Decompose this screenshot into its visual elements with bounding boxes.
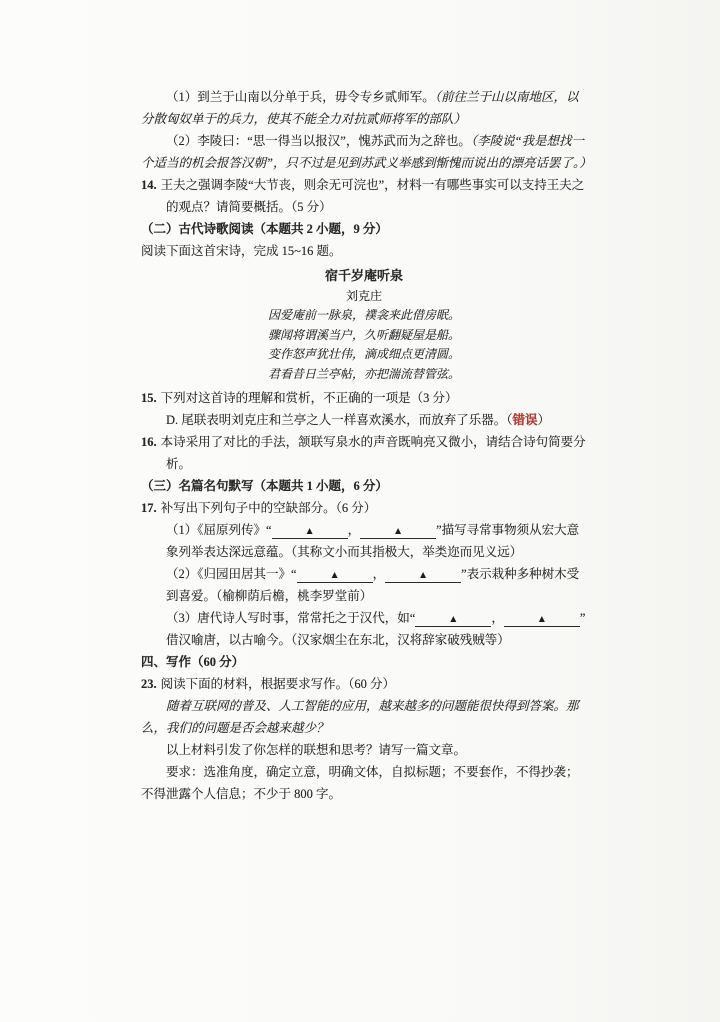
item-1-pre: （1）《屈原列传》“ — [166, 523, 272, 537]
blank-triangle-icon: ▲ — [448, 614, 458, 625]
item-3-note: （汉家烟尘在东北，汉将辞家破残贼等） — [291, 633, 510, 647]
answer-blank: ▲ — [504, 611, 580, 627]
question-17-number: 17. — [141, 501, 157, 515]
question-15-text: 下列对这首诗的理解和赏析，不正确的一项是（3 分） — [161, 391, 458, 405]
option-d-text: D. 尾联表明刘克庄和兰亭之人一样喜欢溪水，而放弃了乐器。（ — [166, 413, 513, 427]
answer-blank: ▲ — [297, 567, 373, 583]
question-23-number: 23. — [141, 677, 157, 691]
essay-material: 随着互联网的普及、人工智能的应用，越来越多的问题能很快得到答案。那么，我们的问题… — [141, 695, 587, 739]
poem-line: 君看昔日兰亭帖，亦把湍流替管弦。 — [141, 365, 587, 385]
poem-line: 骤闻将谓溪当户，久听翻疑屋是船。 — [141, 326, 587, 346]
item-3-sep: ， — [491, 611, 504, 625]
essay-prompt: 以上材料引发了你怎样的联想和思考？请写一篇文章。 — [141, 739, 587, 761]
question-16: 16.本诗采用了对比的手法，颔联写泉水的声音既响亮又微小，请结合诗句简要分析。 — [141, 431, 587, 475]
section-4-heading: 四、写作（60 分） — [141, 651, 587, 673]
item-2-note: （榆柳荫后檐，桃李罗堂前） — [216, 589, 372, 603]
answer-blank: ▲ — [415, 611, 491, 627]
question-17-item-1: （1）《屈原列传》“▲，▲”描写寻常事物须从宏大意象列举表达深远意蕴。（其称文小… — [166, 519, 587, 563]
question-17: 17.补写出下列句子中的空缺部分。（6 分） — [141, 497, 587, 519]
poem-intro: 阅读下面这首宋诗，完成 15~16 题。 — [141, 240, 587, 262]
section-2-heading: （二）古代诗歌阅读（本题共 2 小题，9 分） — [141, 218, 587, 240]
answer-blank: ▲ — [272, 523, 348, 539]
question-16-text: 本诗采用了对比的手法，颔联写泉水的声音既响亮又微小，请结合诗句简要分析。 — [161, 435, 586, 471]
essay-requirements: 要求：选准角度，确定立意，明确文体，自拟标题；不要套作，不得抄袭；不得泄露个人信… — [141, 761, 587, 805]
poem-block: 宿千岁庵听泉 刘克庄 因爱庵前一脉泉，襆衾来此借房眠。 骤闻将谓溪当户，久听翻疑… — [141, 266, 587, 384]
item-1-sep: ， — [348, 523, 361, 537]
question-15: 15.下列对这首诗的理解和赏析，不正确的一项是（3 分） — [141, 387, 587, 409]
blank-triangle-icon: ▲ — [330, 570, 340, 581]
blank-triangle-icon: ▲ — [393, 526, 403, 537]
question-23: 23.阅读下面的材料，根据要求写作。（60 分） — [141, 673, 587, 695]
blank-triangle-icon: ▲ — [537, 614, 547, 625]
poem-line: 因爱庵前一脉泉，襆衾来此借房眠。 — [141, 306, 587, 326]
question-17-item-2: （2）《归园田居其一》“▲，▲”表示栽种多种树木受到喜爱。（榆柳荫后檐，桃李罗堂… — [166, 563, 587, 607]
section-3-heading: （三）名篇名句默写（本题共 1 小题，6 分） — [141, 475, 587, 497]
question-16-number: 16. — [141, 435, 157, 449]
item-2-sep: ， — [373, 567, 386, 581]
question-15-option-d: D. 尾联表明刘克庄和兰亭之人一样喜欢溪水，而放弃了乐器。（错误） — [166, 409, 587, 431]
question-14: 14.王夫之强调李陵“大节丧，则余无可浣也”，材料一有哪些事实可以支持王夫之的观… — [141, 174, 587, 218]
blank-triangle-icon: ▲ — [305, 526, 315, 537]
question-17-text: 补写出下列句子中的空缺部分。（6 分） — [161, 501, 377, 515]
item-1-note: （其称文小而其指极大，举类迩而见义远） — [291, 545, 522, 559]
item-2-pre: （2）《归园田居其一》“ — [166, 567, 297, 581]
answer-blank: ▲ — [385, 567, 461, 583]
question-17-item-3: （3）唐代诗人写时事，常常托之于汉代，如“▲，▲”借汉喻唐，以古喻今。（汉家烟尘… — [166, 607, 587, 651]
translation-item-1-source: （1）到兰于山南以分单于兵，毋令专乡贰师军。 — [166, 90, 435, 104]
question-15-number: 15. — [141, 391, 157, 405]
question-23-text: 阅读下面的材料，根据要求写作。（60 分） — [161, 677, 395, 691]
exam-content-column: （1）到兰于山南以分单于兵，毋令专乡贰师军。（前往兰于山以南地区，以分散匈奴单于… — [141, 86, 587, 805]
option-d-close: ） — [538, 413, 551, 427]
poem-line: 变作怒声犹壮伟，滴成细点更清圆。 — [141, 345, 587, 365]
translation-item-2-source: （2）李陵曰：“思一得当以报汉”，愧苏武而为之辞也。 — [166, 134, 471, 148]
item-3-pre: （3）唐代诗人写时事，常常托之于汉代，如“ — [166, 611, 415, 625]
translation-item-1: （1）到兰于山南以分单于兵，毋令专乡贰师军。（前往兰于山以南地区，以分散匈奴单于… — [141, 86, 587, 130]
blank-triangle-icon: ▲ — [418, 570, 428, 581]
error-mark: 错误 — [513, 413, 538, 427]
exam-scanned-page: （1）到兰于山南以分单于兵，毋令专乡贰师军。（前往兰于山以南地区，以分散匈奴单于… — [0, 0, 720, 1022]
question-14-number: 14. — [141, 178, 157, 192]
poem-author: 刘克庄 — [141, 286, 587, 306]
poem-title: 宿千岁庵听泉 — [141, 266, 587, 286]
question-14-text: 王夫之强调李陵“大节丧，则余无可浣也”，材料一有哪些事实可以支持王夫之的观点？请… — [161, 178, 585, 214]
translation-item-2: （2）李陵曰：“思一得当以报汉”，愧苏武而为之辞也。（李陵说“我是想找一个适当的… — [141, 130, 587, 174]
answer-blank: ▲ — [360, 523, 436, 539]
